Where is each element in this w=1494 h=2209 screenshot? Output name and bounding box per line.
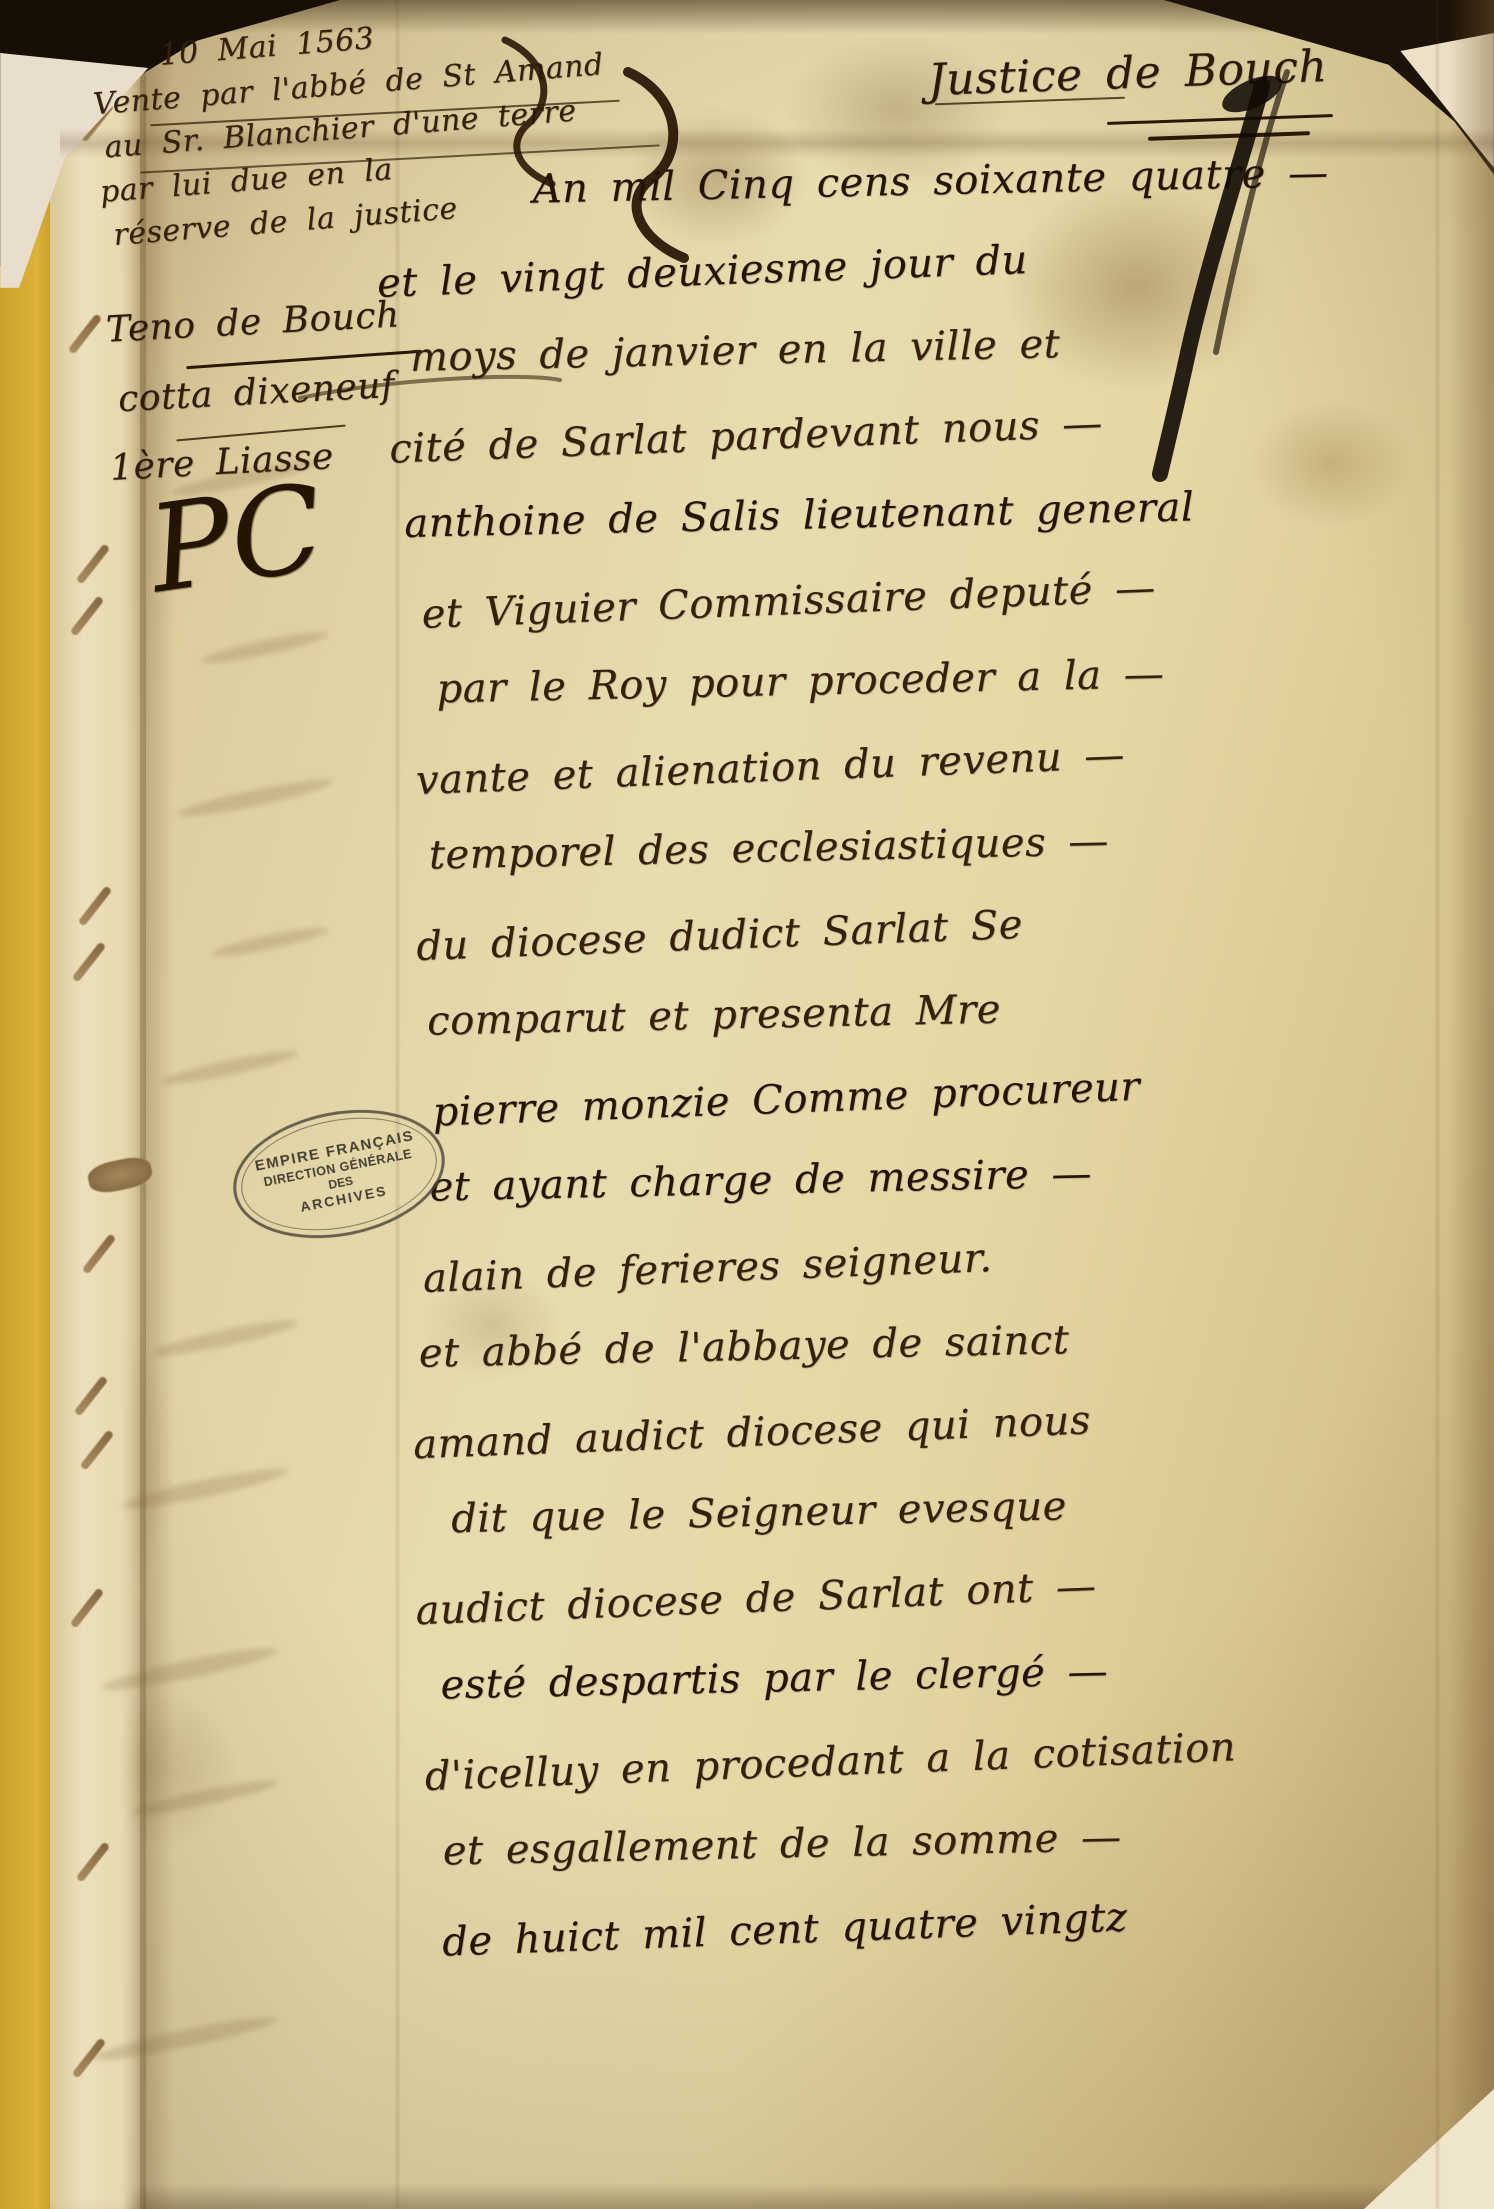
text-line: et Viguier Commissaire deputé — (421, 554, 1462, 638)
text-line: du diocese dudict Sarlat Se (416, 886, 1467, 970)
stamp-line: ARCHIVES (299, 1182, 389, 1215)
text-line: d'icelluy en procedant a la cotisation (424, 1715, 1478, 1800)
text-line: amand audict diocese qui nous (412, 1383, 1473, 1468)
main-text-block: An mil Cinq cens soixante quatre — et le… (375, 151, 1480, 1992)
text-line: et le vingt deuxiesme jour du (376, 221, 1457, 307)
text-line: dit que le Seigneur evesque (451, 1475, 1475, 1542)
text-line: par le Roy pour proceder a la — (436, 645, 1463, 712)
text-line: cité de Sarlat pardevant nous — (389, 387, 1460, 472)
text-line: de huict mil cent quatre vingtz (441, 1882, 1480, 1966)
text-line: et ayant charge de messire — (429, 1143, 1470, 1211)
notarial-paraph: PC (141, 459, 332, 621)
text-line: et abbé de l'abbaye de sainct (418, 1309, 1472, 1377)
text-line: moys de janvier en la ville et (410, 313, 1459, 381)
stamp-line: DES (327, 1173, 354, 1191)
text-line: audict diocese de Sarlat ont — (415, 1549, 1476, 1634)
text-line: vante et alienation du revenu — (415, 720, 1464, 804)
text-line: anthoine de Salis lieutenant general (404, 479, 1461, 547)
text-line: comparut et presenta Mre (427, 977, 1468, 1045)
text-line: temporel des ecclesiastiques — (428, 811, 1465, 879)
manuscript-photo: 10 Mai 1563 Vente par l'abbé de St Amand… (0, 0, 1494, 2209)
stamp-line: EMPIRE FRANÇAIS (253, 1127, 415, 1175)
text-line: pierre monzie Comme procureur (432, 1052, 1469, 1136)
text-line: esté despartis par le clergé — (440, 1641, 1477, 1709)
text-line: et esgallement de la somme — (442, 1807, 1479, 1875)
text-line: alain de ferieres seigneur. (422, 1218, 1471, 1302)
stamp-line: DIRECTION GÉNÉRALE (262, 1146, 413, 1188)
